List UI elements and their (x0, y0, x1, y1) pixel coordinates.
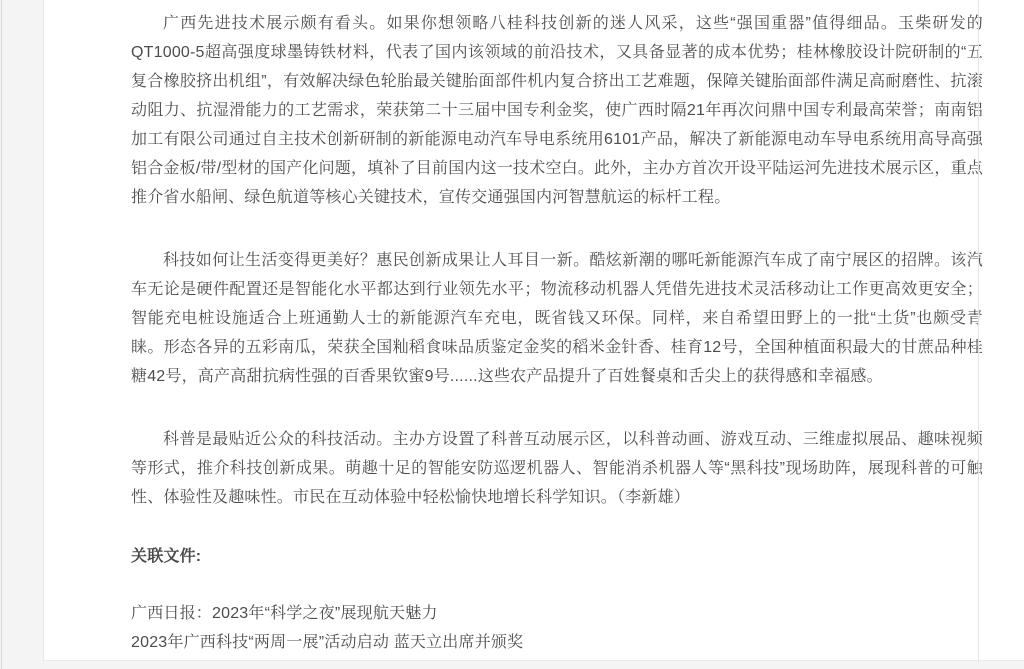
related-files-list: 广西日报：2023年“科学之夜”展现航天魅力 2023年广西科技“两周一展”活动… (131, 599, 983, 657)
related-files-heading: 关联文件: (131, 542, 983, 571)
content-right-divider (978, 0, 979, 662)
article-paragraph-1: 广西先进技术展示颇有看头。如果你想领略八桂科技创新的迷人风采，这些“强国重器”值… (131, 9, 983, 212)
article-paragraph-3: 科普是最贴近公众的科技活动。主办方设置了科普互动展示区，以科普动画、游戏互动、三… (131, 425, 983, 512)
left-edge-line (1, 0, 2, 669)
article-paragraph-2: 科技如何让生活变得更美好？惠民创新成果让人耳目一新。酷炫新潮的哪吒新能源汽车成了… (131, 246, 983, 391)
article-content-card: 广西先进技术展示颇有看头。如果你想领略八桂科技创新的迷人风采，这些“强国重器”值… (43, 0, 1024, 661)
article-body: 广西先进技术展示颇有看头。如果你想领略八桂科技创新的迷人风采，这些“强国重器”值… (131, 9, 983, 657)
page-background: 广西先进技术展示颇有看头。如果你想领略八桂科技创新的迷人风采，这些“强国重器”值… (0, 0, 1024, 669)
related-file-link-2[interactable]: 2023年广西科技“两周一展”活动启动 蓝天立出席并颁奖 (131, 628, 983, 657)
related-file-link-1[interactable]: 广西日报：2023年“科学之夜”展现航天魅力 (131, 599, 983, 628)
